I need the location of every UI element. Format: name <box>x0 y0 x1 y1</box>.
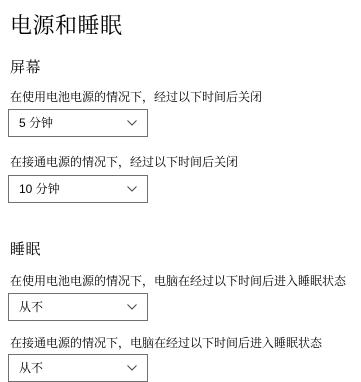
page-title: 电源和睡眠 <box>10 12 351 40</box>
chevron-down-icon <box>127 186 137 192</box>
screen-battery-timeout-combobox[interactable]: 5 分钟 <box>8 109 148 137</box>
section-heading-screen: 屏幕 <box>10 58 351 78</box>
section-heading-sleep: 睡眠 <box>10 240 351 260</box>
sleep-battery-timeout-value: 从不 <box>19 300 43 314</box>
screen-battery-timeout-value: 5 分钟 <box>19 116 53 130</box>
chevron-down-icon <box>127 304 137 310</box>
screen-plugged-timeout-value: 10 分钟 <box>19 182 60 196</box>
chevron-down-icon <box>127 365 137 371</box>
chevron-down-icon <box>127 120 137 126</box>
sleep-battery-timeout-label: 在使用电池电源的情况下，电脑在经过以下时间后进入睡眠状态 <box>10 273 351 289</box>
screen-plugged-timeout-label: 在接通电源的情况下，经过以下时间后关闭 <box>10 154 351 170</box>
screen-battery-timeout-label: 在使用电池电源的情况下，经过以下时间后关闭 <box>10 89 351 105</box>
sleep-battery-timeout-combobox[interactable]: 从不 <box>8 293 148 321</box>
power-sleep-settings-page: 电源和睡眠 屏幕 在使用电池电源的情况下，经过以下时间后关闭 5 分钟 在接通电… <box>0 0 361 382</box>
sleep-plugged-timeout-value: 从不 <box>19 361 43 375</box>
sleep-plugged-timeout-combobox[interactable]: 从不 <box>8 354 148 382</box>
screen-plugged-timeout-combobox[interactable]: 10 分钟 <box>8 175 148 203</box>
sleep-plugged-timeout-label: 在接通电源的情况下，电脑在经过以下时间后进入睡眠状态 <box>10 335 351 351</box>
